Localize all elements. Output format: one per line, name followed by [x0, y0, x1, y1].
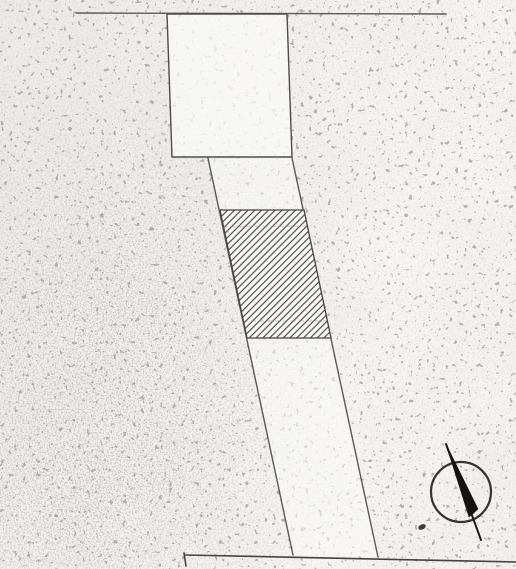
scanned-site-plan-page [0, 0, 516, 569]
building-footprint-outline [167, 14, 292, 157]
site-plan-drawing [0, 0, 516, 569]
